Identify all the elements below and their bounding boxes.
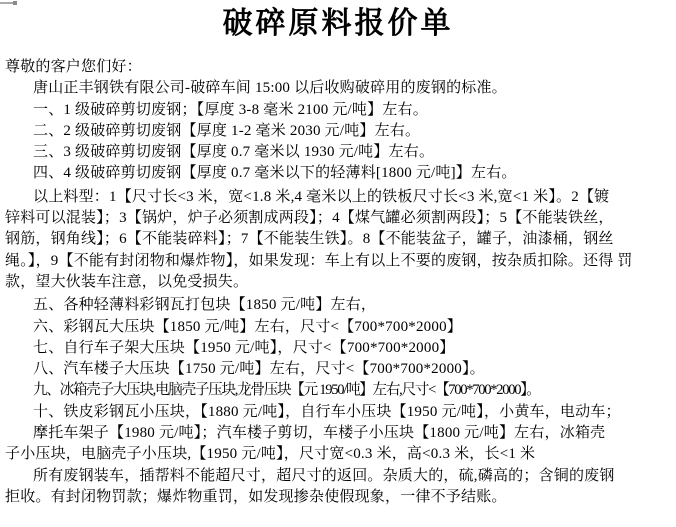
item-8-line: 八、汽车楼子大压块【1750 元/吨】左右，尺寸<【700*700*2000】。 bbox=[5, 359, 674, 380]
item-9-line: 九、冰箱壳子大压块,电脑壳子压块,龙骨压块【元 1950/吨】左右,尺寸<【70… bbox=[5, 380, 674, 401]
greeting-line: 尊敬的客户您们好： bbox=[5, 57, 674, 78]
document-page: 破碎原料报价单 尊敬的客户您们好： 唐山正丰钢铁有限公司-破碎车间 15:00 … bbox=[0, 0, 676, 527]
document-body: 尊敬的客户您们好： 唐山正丰钢铁有限公司-破碎车间 15:00 以后收购破碎用的… bbox=[0, 57, 676, 508]
closing-line-1: 所有废钢装车，插帮料不能超尺寸，超尺寸的返回。杂质大的，硫,磷高的；含铜的废钢 bbox=[5, 466, 674, 487]
item-5-line: 五、各种轻薄料彩钢瓦打包块【1850 元/吨】左右， bbox=[5, 295, 674, 316]
spec-rules-line-4: 绳。】，9【不能有封闭物和爆炸物】，如果发现：车上有以上不要的废钢，按杂质扣除。… bbox=[5, 251, 674, 272]
item-2-line: 二、2 级破碎剪切废钢【厚度 1-2 毫米 2030 元/吨】左右。 bbox=[5, 121, 674, 142]
screen-edge-artifact bbox=[0, 2, 13, 4]
item-7-line: 七、自行车子架大压块【1950 元/吨】，尺寸<【700*700*2000】 bbox=[5, 338, 674, 359]
item-4-line: 四、4 级破碎剪切废钢【厚度 0.7 毫米以下的轻薄料[1800 元/吨]】左右… bbox=[5, 163, 674, 184]
item-6-line: 六、彩钢瓦大压块【1850 元/吨】左右，尺寸<【700*700*2000】 bbox=[5, 317, 674, 338]
item-10-line: 十、铁皮彩钢瓦小压块，【1880 元/吨】，自行车小压块【1950 元/吨】，小… bbox=[5, 402, 674, 423]
spec-rules-line-1: 以上料型：1【尺寸长<3 米，宽<1.8 米,4 毫米以上的铁板尺寸长<3 米,… bbox=[5, 187, 674, 208]
spec-rules-line-2: 锌料可以混装】；3【锅炉，炉子必须割成两段】；4【煤气罐必须割两段】；5【不能装… bbox=[5, 208, 674, 229]
spec-rules-line-3: 钢筋，钢角线】；6【不能装碎料】；7【不能装生铁】。8【不能装盆子，罐子，油漆桶… bbox=[5, 229, 674, 250]
closing-line-2: 拒收。有封闭物罚款；爆炸物重罚，如发现掺杂使假现象，一律不予结账。 bbox=[5, 487, 674, 508]
page-title: 破碎原料报价单 bbox=[0, 7, 676, 41]
intro-line: 唐山正丰钢铁有限公司-破碎车间 15:00 以后收购破碎用的废钢的标准。 bbox=[5, 78, 674, 99]
item-1-line: 一、1 级破碎剪切废钢；【厚度 3-8 毫米 2100 元/吨】左右。 bbox=[5, 100, 674, 121]
item-extra-line-1: 摩托车架子【1980 元/吨】；汽车楼子剪切，车楼子小压块【1800 元/吨】左… bbox=[5, 423, 674, 444]
spec-rules-line-5: 款，望大伙装车注意，以免受损失。 bbox=[5, 272, 674, 293]
screen-edge-artifact-dot bbox=[13, 1, 17, 5]
item-extra-line-2: 子小压块，电脑壳子小压块,【1950 元/吨】，尺寸宽<0.3 米，高<0.3 … bbox=[5, 444, 674, 465]
item-3-line: 三、3 级破碎剪切废钢【厚度 0.7 毫米以 1930 元/吨】左右。 bbox=[5, 142, 674, 163]
